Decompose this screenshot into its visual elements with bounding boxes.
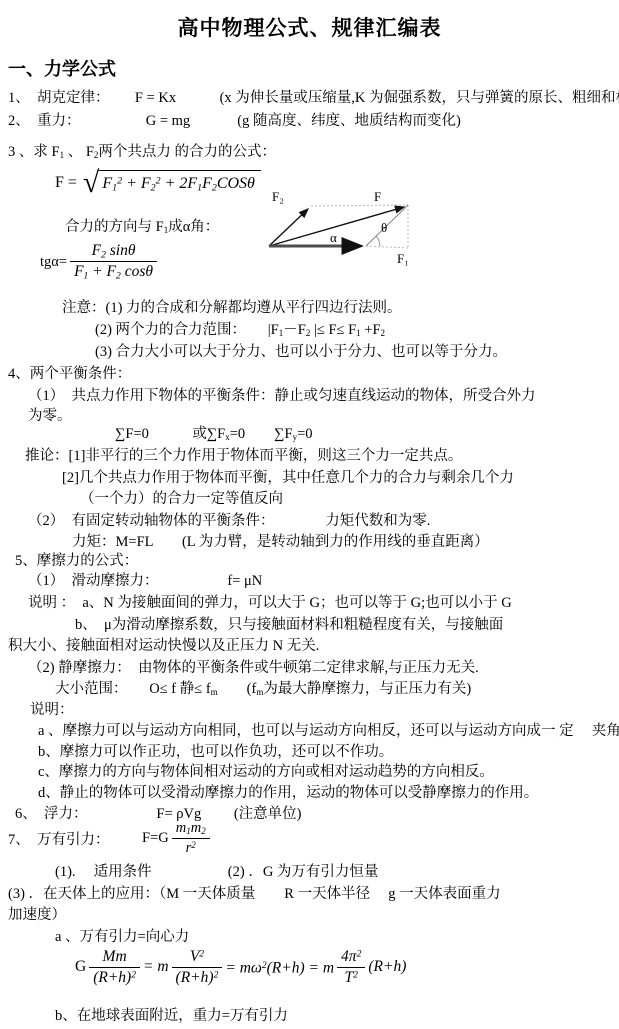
line-item4: 4、两个平衡条件： xyxy=(8,364,131,384)
fraction: F2 sinθ F1 + F2 cosθ xyxy=(70,242,157,282)
fraction-denominator: (R+h)2 xyxy=(89,968,140,987)
label-f: F xyxy=(374,189,381,204)
fraction-numerator: F2 sinθ xyxy=(70,242,157,262)
orbit-p1: G xyxy=(75,957,86,977)
line-shuoming: 说明： xyxy=(30,700,74,720)
line-friction-b1: b、 μ为滑动摩擦系数，只与接触面材料和粗糙程度有关，与接触面 xyxy=(75,615,503,635)
fraction-numerator: m1m2 xyxy=(172,820,210,839)
line-friction-b2: 积大小、接触面相对运动快慢以及正压力 N 无关. xyxy=(8,636,319,656)
line-range: 大小范围： O≤ f 静≤ fm (fm为最大静摩擦力，与正压力有关) xyxy=(55,679,471,702)
dashed-bottom-edge xyxy=(366,246,408,248)
label-f1: F₁ xyxy=(397,251,409,266)
dashed-top-edge xyxy=(311,205,408,206)
formula-orbit: G Mm (R+h)2 = m V2 (R+h)2 = mω2(R+h) = m… xyxy=(75,948,406,987)
line-item4-1a: （1） 共点力作用下物体的平衡条件：静止或匀速直线运动的物体，所受合外力 xyxy=(28,386,536,406)
formula-resultant: F = √ F12 + F22 + 2F1F2COSθ xyxy=(55,170,261,196)
line-gb: b、在地球表面附近，重力=万有引力 xyxy=(55,1006,288,1026)
orbit-p4: (R+h) xyxy=(368,957,406,977)
line-gravity: 2、 重力： G = mg (g 随高度、纬度、地质结构而变化) xyxy=(8,111,461,131)
fraction: 4π2 T2 xyxy=(337,948,365,987)
fraction-denominator: (R+h)2 xyxy=(172,968,223,987)
formula-resultant-lhs: F = xyxy=(55,173,77,193)
line-sb: b、摩擦力可以作正功，也可以作负功，还可以不作功。 xyxy=(38,742,393,762)
line-hooke: 1、 胡克定律： F = Kx (x 为伸长量或压缩量,K 为倔强系数，只与弹簧… xyxy=(8,88,619,108)
doc-title: 高中物理公式、规律汇编表 xyxy=(0,12,619,42)
fraction: m1m2 r2 xyxy=(172,820,210,856)
formula-tga: tgα= F2 sinθ F1 + F2 cosθ xyxy=(40,242,160,282)
line-sa: a 、摩擦力可以与运动方向相同，也可以与运动方向相反，还可以与运动方向成一 定 … xyxy=(38,721,619,741)
line-sum: ∑F=0 或∑Fx=0 ∑Fy=0 xyxy=(115,424,313,447)
line-direction: 合力的方向与 F1成α角： xyxy=(65,217,219,240)
fraction: V2 (R+h)2 xyxy=(172,948,223,987)
fraction-numerator: Mm xyxy=(89,948,140,968)
fraction: Mm (R+h)2 xyxy=(89,948,140,987)
page: 高中物理公式、规律汇编表 一、力学公式 1、 胡克定律： F = Kx (x 为… xyxy=(0,0,619,1029)
label-theta: θ xyxy=(381,220,387,235)
force-parallelogram-diagram: F₂ F α θ F₁ xyxy=(258,183,438,273)
line-g12: (1). 适用条件 (2) ．G 为万有引力恒量 xyxy=(55,862,378,882)
line-note2: (2) 两个力的合力范围： |F1－F2 |≤ F≤ F1 +F2 xyxy=(95,320,385,343)
line-note3: (3) 合力大小可以大于分力、也可以小于分力、也可以等于分力。 xyxy=(95,342,507,362)
orbit-p2: = m xyxy=(143,957,169,977)
line-sc: c、摩擦力的方向与物体间相对运动的方向或相对运动趋势的方向相反。 xyxy=(38,762,494,782)
line-item5-1: （1） 滑动摩擦力： f= μN xyxy=(28,571,262,591)
fraction-denominator: T2 xyxy=(337,968,365,987)
line-corollary1: 推论：[1]非平行的三个力作用于物体而平衡，则这三个力一定共点。 xyxy=(25,446,462,466)
label-f2: F₂ xyxy=(272,189,284,204)
line-g3b: 加速度） xyxy=(8,905,66,925)
line-item4-2: （2） 有固定转动轴物体的平衡条件： 力矩代数和为零. xyxy=(28,511,430,531)
line-corollary2b: （一个力）的合力一定等值反向 xyxy=(80,489,283,509)
line-corollary2a: [2]几个共点力作用于物体而平衡，其中任意几个力的合力与剩余几个力 xyxy=(62,468,514,488)
line-sd: d、静止的物体可以受滑动摩擦力的作用，运动的物体可以受静摩擦力的作用。 xyxy=(38,783,538,803)
line-moment: 力矩：M=FL (L 为力臂，是转动轴到力的作用线的垂直距离） xyxy=(72,532,489,552)
fraction-denominator: F1 + F2 cosθ xyxy=(70,262,157,281)
orbit-p3: = mω2(R+h) = m xyxy=(225,956,334,978)
fraction-numerator: V2 xyxy=(172,948,223,968)
formula-gravity-prefix: F=G xyxy=(142,828,169,848)
fraction-numerator: 4π2 xyxy=(337,948,365,968)
formula-newton-gravity: F=G m1m2 r2 xyxy=(142,820,213,856)
line-item7: 7、 万有引力： xyxy=(8,830,110,850)
label-alpha: α xyxy=(330,230,337,245)
sqrt-radical: √ F12 + F22 + 2F1F2COSθ xyxy=(83,170,261,196)
line-item4-1b: 为零。 xyxy=(28,406,72,426)
line-resultant-intro: 3 、求 F1 、 F2两个共点力 的合力的公式： xyxy=(8,142,276,165)
formula-tga-lhs: tgα= xyxy=(40,252,67,272)
fraction-denominator: r2 xyxy=(172,839,210,857)
line-item5-2: （2) 静摩擦力： 由物体的平衡条件或牛顿第二定律求解,与正压力无关. xyxy=(28,658,479,678)
radical-sign: √ xyxy=(83,170,99,196)
radicand: F12 + F22 + 2F1F2COSθ xyxy=(99,170,261,194)
line-note1: 注意：(1) 力的合成和分解都均遵从平行四边行法则。 xyxy=(62,298,402,318)
line-item5: 5、摩擦力的公式： xyxy=(15,551,138,571)
section-heading: 一、力学公式 xyxy=(8,55,116,81)
line-g3a: (3) ．在天体上的应用：（M 一天体质量 R 一天体半径 g 一天体表面重力 xyxy=(8,884,501,904)
theta-arc xyxy=(376,236,380,246)
line-friction-a: 说明 ： a、N 为接触面间的弹力，可以大于 G；也可以等于 G;也可以小于 G xyxy=(28,593,512,613)
line-ga: a 、万有引力=向心力 xyxy=(55,927,189,947)
